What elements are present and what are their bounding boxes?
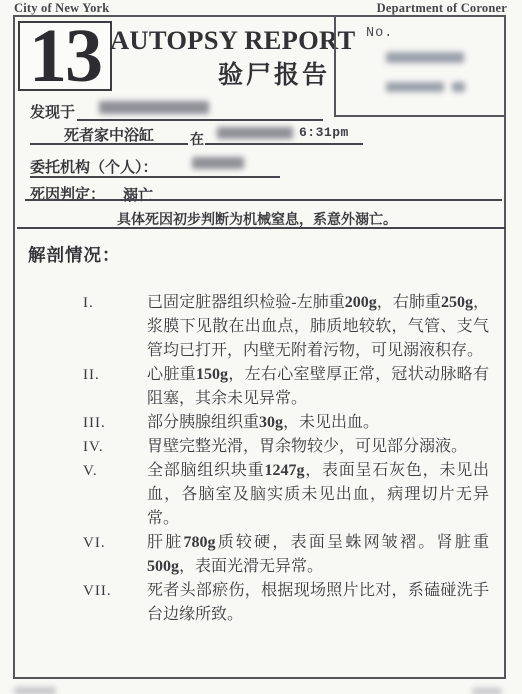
report-no-box bbox=[334, 15, 506, 117]
footer-smudge-left bbox=[14, 687, 56, 694]
item-numeral: IV. bbox=[83, 435, 147, 459]
found-location-value: 死者家中浴缸 bbox=[30, 124, 188, 145]
cause-detail-text: 具体死因初步判断为机械窒息，系意外溺亡。 bbox=[117, 209, 397, 229]
found-at-label: 发现于 bbox=[30, 101, 75, 122]
item-text: 心脏重150g，左右心室壁厚正常，冠状动脉略有阻塞，其余未见异常。 bbox=[147, 363, 489, 411]
item-numeral: III. bbox=[83, 411, 147, 435]
agency-label: 委托机构（个人）： bbox=[30, 156, 158, 177]
at-label: 在 bbox=[190, 129, 204, 149]
item-text: 肝脏780g质较硬，表面呈蛛网皱褶。肾脏重500g，表面光滑无异常。 bbox=[147, 531, 489, 579]
redacted-agency-name bbox=[192, 157, 244, 169]
item-numeral: VII. bbox=[83, 579, 147, 627]
redacted-incident-date bbox=[217, 127, 293, 139]
case-number-box: 13 bbox=[18, 21, 112, 91]
datetime-underline bbox=[205, 143, 363, 145]
report-title-zh: 验尸报告 bbox=[110, 55, 330, 91]
time-value: 6:31pm bbox=[299, 125, 349, 140]
no-label: No. bbox=[366, 26, 393, 41]
found-at-underline bbox=[77, 119, 323, 121]
footer-smudge-right bbox=[472, 688, 502, 694]
redacted-report-number-line2 bbox=[386, 82, 444, 92]
item-numeral: VI. bbox=[83, 531, 147, 579]
redacted-report-number-suffix bbox=[452, 82, 465, 92]
location-underline bbox=[30, 143, 188, 145]
item-numeral: I. bbox=[83, 291, 147, 363]
agency-underline bbox=[30, 176, 280, 178]
cause-of-death-value: 溺亡 bbox=[123, 184, 153, 205]
redacted-report-number-line1 bbox=[386, 52, 464, 63]
item-text: 死者头部瘀伤，根据现场照片比对，系磕碰洗手台边缘所致。 bbox=[147, 579, 489, 627]
item-text: 已固定脏器组织检验-左肺重200g，右肺重250g，浆膜下见散在出血点，肺质地较… bbox=[147, 291, 489, 363]
item-numeral: V. bbox=[83, 459, 147, 531]
cause-detail-underline bbox=[17, 227, 506, 229]
redacted-found-location-detail bbox=[99, 101, 209, 114]
item-text: 部分胰腺组织重30g，未见出血。 bbox=[147, 411, 489, 435]
item-text: 胃壁完整光滑，胃余物较少，可见部分溺液。 bbox=[147, 435, 489, 459]
department-header: Department of Coroner bbox=[377, 1, 507, 16]
autopsy-items: I.已固定脏器组织检验-左肺重200g，右肺重250g，浆膜下见散在出血点，肺质… bbox=[83, 291, 489, 627]
item-text: 全部脑组织块重1247g，表面呈石灰色，未见出血，各脑室及脑实质未见出血，病理切… bbox=[147, 459, 489, 531]
autopsy-section-title: 解剖情况： bbox=[28, 242, 121, 267]
item-numeral: II. bbox=[83, 363, 147, 411]
case-number: 13 bbox=[29, 26, 101, 86]
report-title-en: AUTOPSY REPORT bbox=[110, 25, 330, 56]
cause-underline bbox=[25, 199, 502, 201]
